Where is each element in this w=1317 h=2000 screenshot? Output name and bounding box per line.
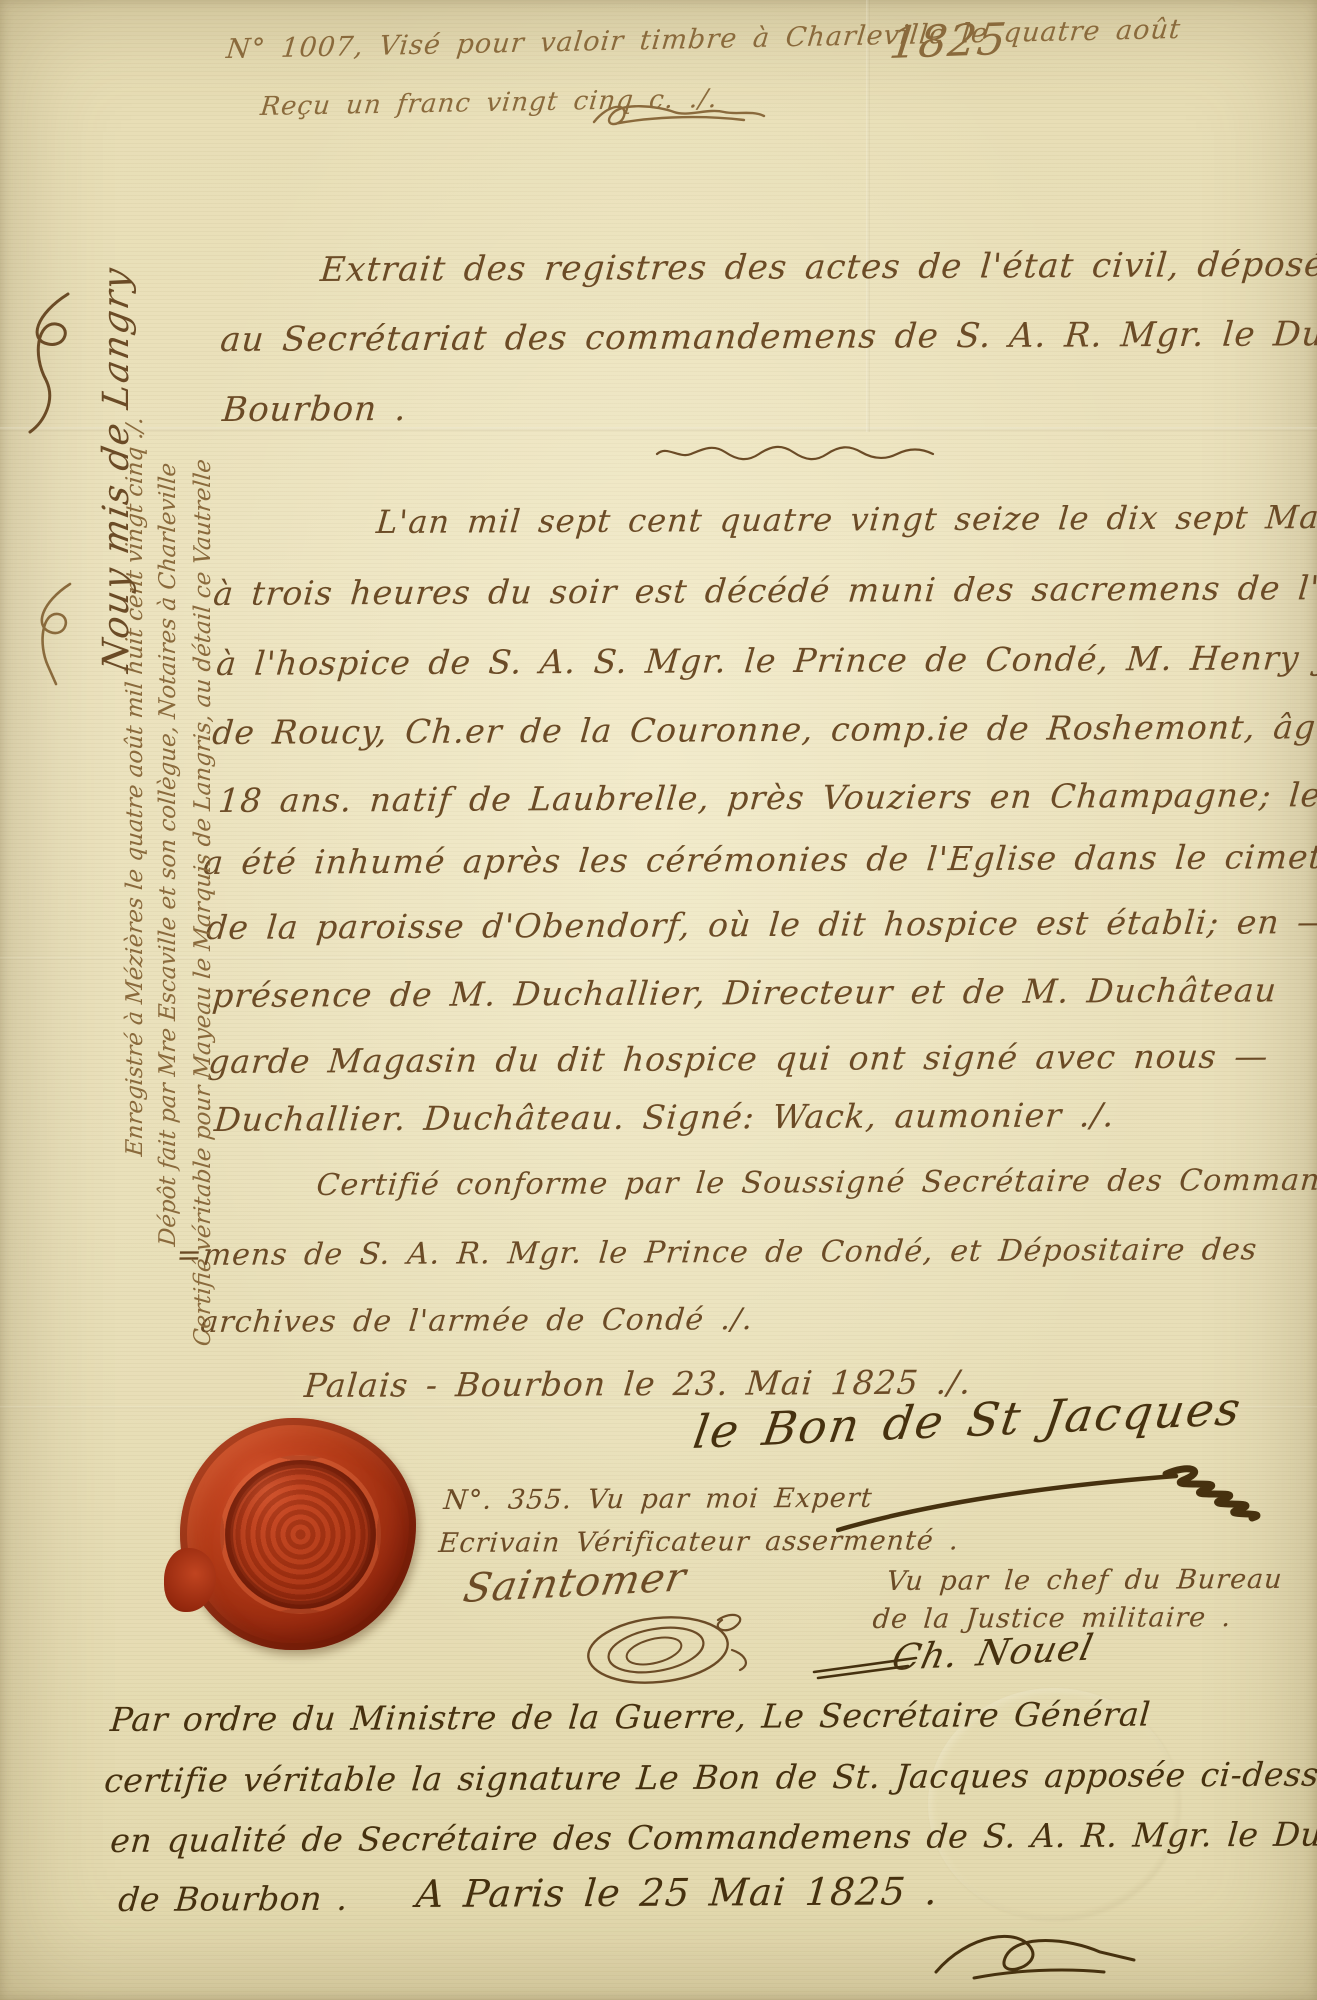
war-ministry-line: Par ordre du Ministre de la Guerre, Le S…: [109, 1695, 1152, 1739]
certification-line: =mens de S. A. R. Mgr. le Prince de Cond…: [175, 1232, 1259, 1273]
fold-crease: [866, 0, 870, 432]
certification-line: archives de l'armée de Condé ./.: [199, 1302, 754, 1340]
place-date-line: A Paris le 25 Mai 1825 .: [414, 1869, 940, 1916]
manuscript-page: N° 1007, Visé pour valoir timbre à Charl…: [0, 0, 1317, 2000]
certification-line: Certifié conforme par le Soussigné Secré…: [315, 1162, 1317, 1203]
body-line: a été inhumé après les cérémonies de l'E…: [202, 837, 1317, 882]
heading-line: Extrait des registres des actes de l'éta…: [319, 244, 1317, 290]
justice-note-line: Vu par le chef du Bureau: [885, 1564, 1283, 1597]
body-line: à l'hospice de S. A. S. Mgr. le Prince d…: [215, 638, 1317, 683]
margin-note-line: Dépôt fait par Mre Escaville et son coll…: [155, 462, 181, 1248]
expert-note-line: Ecrivain Vérificateur assermenté .: [437, 1525, 960, 1559]
body-line: présence de M. Duchallier, Directeur et …: [211, 970, 1279, 1015]
war-ministry-line: de Bourbon .: [117, 1879, 350, 1919]
signature-nouel: Ch. Nouel: [888, 1628, 1097, 1679]
saintomer-flourish: [568, 1602, 758, 1692]
heading-line: Bourbon .: [221, 389, 409, 430]
body-line: de la paroisse d'Obendorf, où le dit hos…: [205, 902, 1317, 947]
stamp-note-line: N° 1007, Visé pour valoir timbre à Charl…: [225, 14, 1183, 65]
fold-crease: [0, 427, 1317, 431]
war-ministry-line: en qualité de Secrétaire des Commandemen…: [109, 1815, 1317, 1860]
wax-seal: [180, 1418, 416, 1650]
heading-line: au Secrétariat des commandemens de S. A.…: [219, 314, 1317, 360]
stamp-note-year: 1825: [887, 14, 1010, 69]
margin-signature: Nouy mis de Langry: [96, 263, 137, 675]
margin-flourish: [18, 288, 88, 438]
expert-note-line: N°. 355. Vu par moi Expert: [442, 1483, 873, 1516]
body-line: L'an mil sept cent quatre vingt seize le…: [375, 498, 1317, 541]
margin-note-line: Certifié véritable pour Mayeau le Marqui…: [190, 458, 216, 1347]
body-line: Duchallier. Duchâteau. Signé: Wack, aumo…: [213, 1095, 1117, 1139]
body-line: de Roucy, Ch.er de la Couronne, comp.ie …: [211, 707, 1317, 752]
stamp-paraph-flourish: [588, 86, 788, 146]
body-line: 18 ans. natif de Laubrelle, près Vouzier…: [217, 775, 1317, 820]
divider-flourish: [655, 444, 935, 464]
margin-flourish: [26, 580, 86, 690]
body-line: à trois heures du soir est décédé muni d…: [212, 568, 1317, 613]
final-paraph: [928, 1922, 1158, 1997]
war-ministry-line: certifie véritable la signature Le Bon d…: [103, 1754, 1317, 1800]
body-line: garde Magasin du dit hospice qui ont sig…: [207, 1036, 1270, 1081]
